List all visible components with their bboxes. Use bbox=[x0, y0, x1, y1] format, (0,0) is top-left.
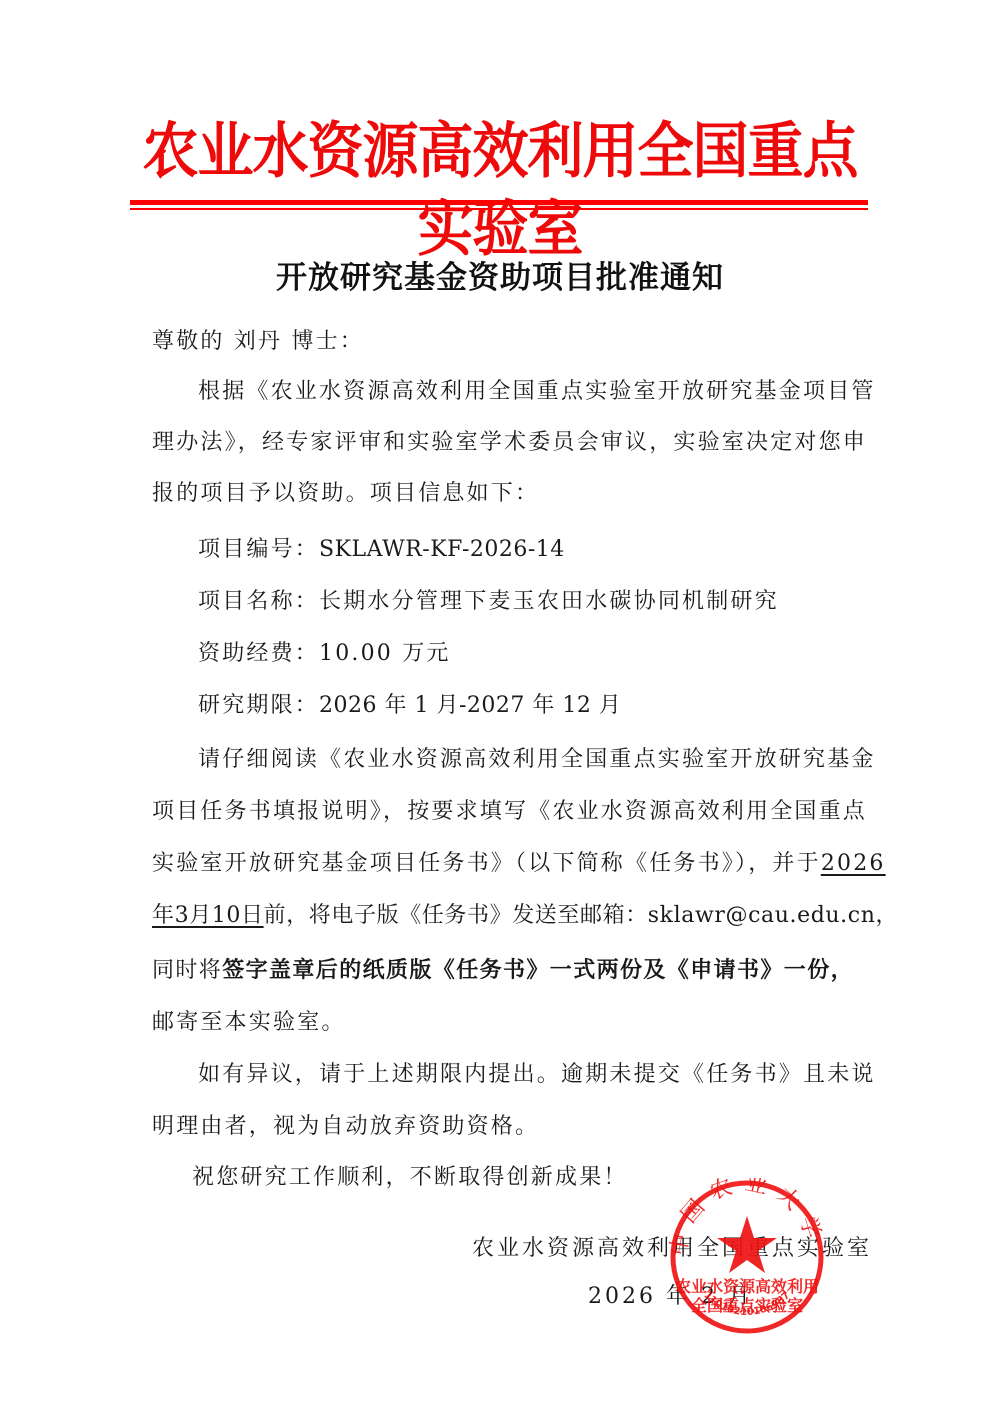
objection-line-2: 明理由者，视为自动放弃资助资格。 bbox=[152, 1112, 539, 1142]
instructions-line-5: 同时将签字盖章后的纸质版《任务书》一式两份及《申请书》一份， bbox=[152, 955, 854, 986]
project-period-value: 2026 年 1 月-2027 年 12 月 bbox=[319, 693, 621, 718]
masthead-rule-thick bbox=[130, 200, 868, 205]
deadline-date: 年3月10日 bbox=[152, 903, 264, 928]
project-name-value: 长期水分管理下麦玉农田水碳协同机制研究 bbox=[319, 589, 779, 614]
objection-line-1: 如有异议，请于上述期限内提出。逾期未提交《任务书》且未说 bbox=[198, 1060, 876, 1090]
masthead-rule-thin bbox=[130, 208, 868, 210]
project-name: 项目名称：长期水分管理下麦玉农田水碳协同机制研究 bbox=[198, 587, 779, 617]
paper-copy-requirement: 签字盖章后的纸质版《任务书》一式两份及《申请书》一份， bbox=[222, 957, 854, 983]
instructions-line-4: 年3月10日前，将电子版《任务书》发送至邮箱：sklawr@cau.edu.cn… bbox=[152, 901, 898, 931]
instructions-line-5-prefix: 同时将 bbox=[152, 958, 222, 983]
instructions-line-3: 实验室开放研究基金项目任务书》（以下简称《任务书》），并于2026 bbox=[152, 849, 886, 879]
masthead-org-name: 农业水资源高效利用全国重点实验室 bbox=[130, 112, 870, 268]
instructions-line-2: 项目任务书填报说明》，按要求填写《农业水资源高效利用全国重点 bbox=[152, 797, 867, 827]
project-name-label: 项目名称： bbox=[198, 589, 319, 614]
project-id-label: 项目编号： bbox=[198, 537, 319, 562]
seal-line-1: 农业水资源高效利用 bbox=[675, 1277, 819, 1296]
project-id: 项目编号：SKLAWR-KF-2026-14 bbox=[198, 535, 565, 565]
deadline-year: 2026 bbox=[821, 851, 886, 876]
project-funding-label: 资助经费： bbox=[198, 641, 319, 666]
intro-line-3: 报的项目予以资助。项目信息如下： bbox=[152, 479, 539, 509]
official-seal: 中国农业大学 农业水资源高效利用 全国重点实验室 11010210106987 bbox=[668, 1178, 826, 1336]
intro-line-1: 根据《农业水资源高效利用全国重点实验室开放研究基金项目管 bbox=[198, 377, 876, 407]
instructions-line-3-prefix: 实验室开放研究基金项目任务书》（以下简称《任务书》），并于 bbox=[152, 851, 821, 876]
project-period: 研究期限：2026 年 1 月-2027 年 12 月 bbox=[198, 691, 621, 721]
salutation: 尊敬的 刘丹 博士： bbox=[152, 327, 364, 357]
seal-icon: 中国农业大学 农业水资源高效利用 全国重点实验室 11010210106987 bbox=[668, 1178, 826, 1336]
project-funding-value: 10.00 万元 bbox=[319, 641, 451, 666]
notice-title: 开放研究基金资助项目批准通知 bbox=[0, 252, 1000, 297]
instructions-line-4-suffix: 前，将电子版《任务书》发送至邮箱：sklawr@cau.edu.cn， bbox=[264, 903, 898, 928]
intro-line-2: 理办法》，经专家评审和实验室学术委员会审议，实验室决定对您申 bbox=[152, 428, 867, 458]
instructions-line-1: 请仔细阅读《农业水资源高效利用全国重点实验室开放研究基金 bbox=[198, 745, 876, 775]
project-period-label: 研究期限： bbox=[198, 693, 319, 718]
instructions-line-6: 邮寄至本实验室。 bbox=[152, 1008, 346, 1038]
project-id-value: SKLAWR-KF-2026-14 bbox=[319, 537, 565, 562]
project-funding: 资助经费：10.00 万元 bbox=[198, 639, 451, 669]
closing-wish: 祝您研究工作顺利，不断取得创新成果！ bbox=[192, 1163, 628, 1193]
